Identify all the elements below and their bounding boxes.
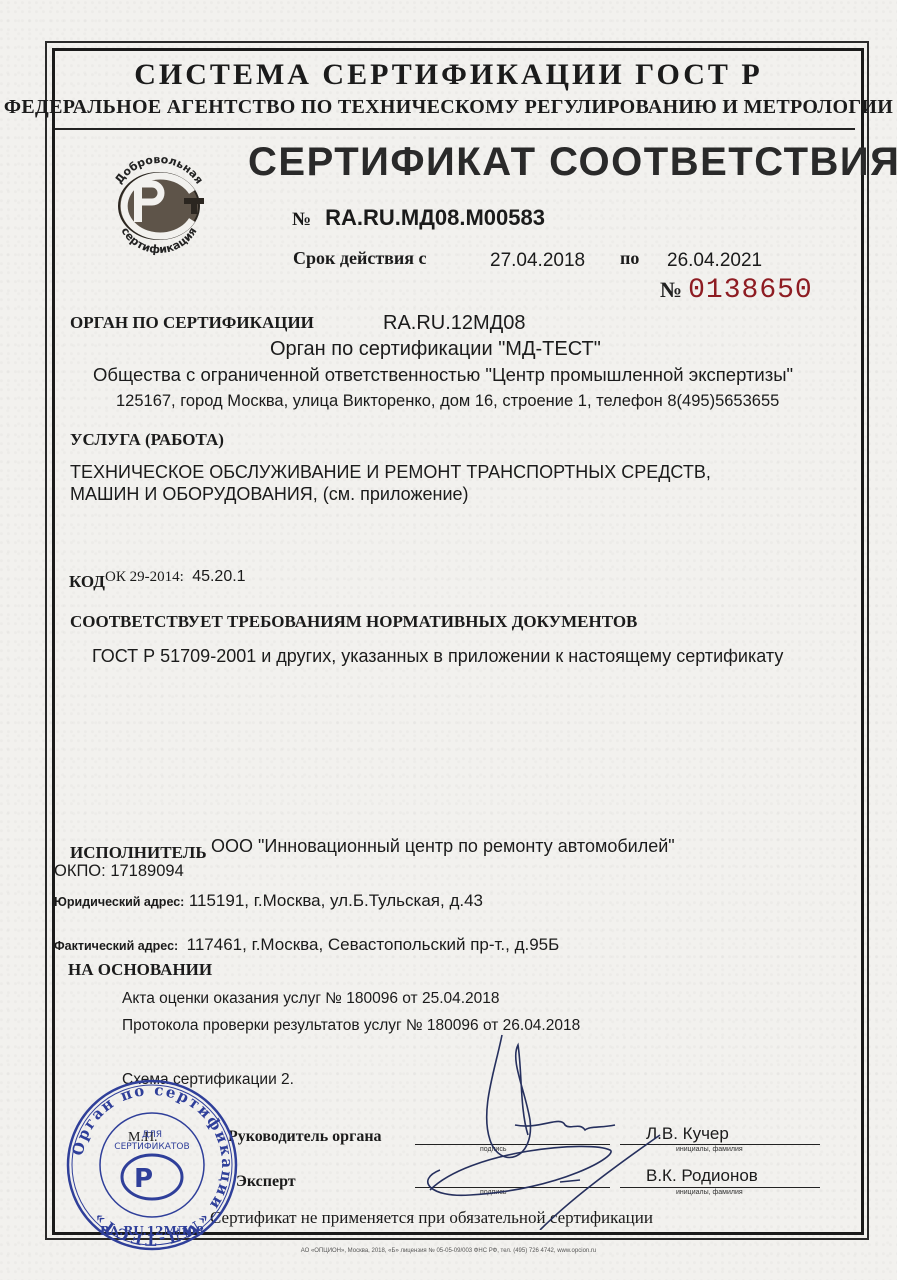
system-title: СИСТЕМА СЕРТИФИКАЦИИ ГОСТ Р — [0, 58, 897, 92]
performer-label: ИСПОЛНИТЕЛЬ — [70, 843, 207, 862]
actual-address: 117461, г.Москва, Севастопольский пр-т.,… — [187, 935, 560, 954]
handwritten-signature — [410, 1030, 750, 1230]
valid-to: 26.04.2021 — [667, 250, 762, 272]
okpo-value: 17189094 — [110, 862, 183, 880]
service-line-2: МАШИН И ОБОРУДОВАНИЯ, (см. приложение) — [70, 484, 469, 505]
okpo-row: ОКПО: 17189094 — [54, 862, 184, 881]
svg-text:P: P — [134, 1164, 153, 1194]
certification-body-address: 125167, город Москва, улица Викторенко, … — [116, 392, 779, 411]
code-row: КОДОК 29-2014: 45.20.1 — [69, 566, 246, 586]
blank-number: №0138650 — [660, 272, 813, 306]
certificate-title: СЕРТИФИКАТ СООТВЕТСТВИЯ — [248, 140, 897, 185]
blank-number-value: 0138650 — [688, 275, 813, 306]
legal-address: 115191, г.Москва, ул.Б.Тульская, д.43 — [189, 891, 483, 910]
agency-title: ФЕДЕРАЛЬНОЕ АГЕНТСТВО ПО ТЕХНИЧЕСКОМУ РЕ… — [0, 96, 897, 119]
rst-certification-mark-icon: Добровольная сертификация — [104, 150, 214, 260]
certification-body-code: RA.RU.12МД08 — [383, 312, 525, 335]
certificate-number: RA.RU.МД08.М00583 — [325, 205, 545, 230]
certification-body-name: Орган по сертификации "МД-ТЕСТ" — [270, 338, 601, 361]
service-line-1: ТЕХНИЧЕСКОЕ ОБСЛУЖИВАНИЕ И РЕМОНТ ТРАНСП… — [70, 462, 711, 483]
svg-text:СЕРТИФИКАТОВ: СЕРТИФИКАТОВ — [114, 1142, 189, 1152]
expert-label: Эксперт — [236, 1173, 296, 1191]
performer-name: ООО "Инновационный центр по ремонту авто… — [211, 836, 675, 856]
service-label: УСЛУГА (РАБОТА) — [70, 430, 224, 450]
actual-address-row: Фактический адрес: 117461, г.Москва, Сев… — [54, 935, 559, 955]
certificate-number-row: №RA.RU.МД08.М00583 — [292, 205, 545, 231]
legal-address-row: Юридический адрес: 115191, г.Москва, ул.… — [54, 891, 483, 911]
code-value: 45.20.1 — [192, 568, 245, 585]
certification-body-org: Общества с ограниченной ответственностью… — [93, 364, 793, 386]
svg-text:ДЛЯ: ДЛЯ — [142, 1130, 162, 1140]
valid-from: 27.04.2018 — [490, 250, 585, 272]
code-label: КОД — [69, 572, 105, 591]
validity-label: Срок действия с — [293, 248, 427, 269]
svg-text:RA.RU.12МД08: RA.RU.12МД08 — [100, 1224, 204, 1238]
header-divider — [55, 128, 855, 130]
compliance-label: СООТВЕТСТВУЕТ ТРЕБОВАНИЯМ НОРМАТИВНЫХ ДО… — [70, 612, 637, 632]
head-label: Руководитель органа — [228, 1128, 382, 1146]
performer-row: ИСПОЛНИТЕЛЬ ООО "Инновационный центр по … — [70, 836, 675, 857]
basis-item-1: Акта оценки оказания услуг № 180096 от 2… — [122, 990, 500, 1008]
compliance-text: ГОСТ Р 51709-2001 и других, указанных в … — [92, 646, 783, 667]
valid-to-label: по — [620, 248, 639, 269]
number-sign: № — [292, 209, 311, 230]
printer-footer: АО «ОПЦИОН», Москва, 2018, «Б» лицензия … — [0, 1248, 897, 1254]
basis-label: НА ОСНОВАНИИ — [68, 960, 212, 980]
code-classifier: ОК 29-2014: — [105, 569, 184, 585]
certification-body-label: ОРГАН ПО СЕРТИФИКАЦИИ — [70, 313, 314, 333]
organization-stamp: Орган по сертификации «МД-ТЕСТ» ДЛЯ СЕРТ… — [62, 1075, 242, 1255]
